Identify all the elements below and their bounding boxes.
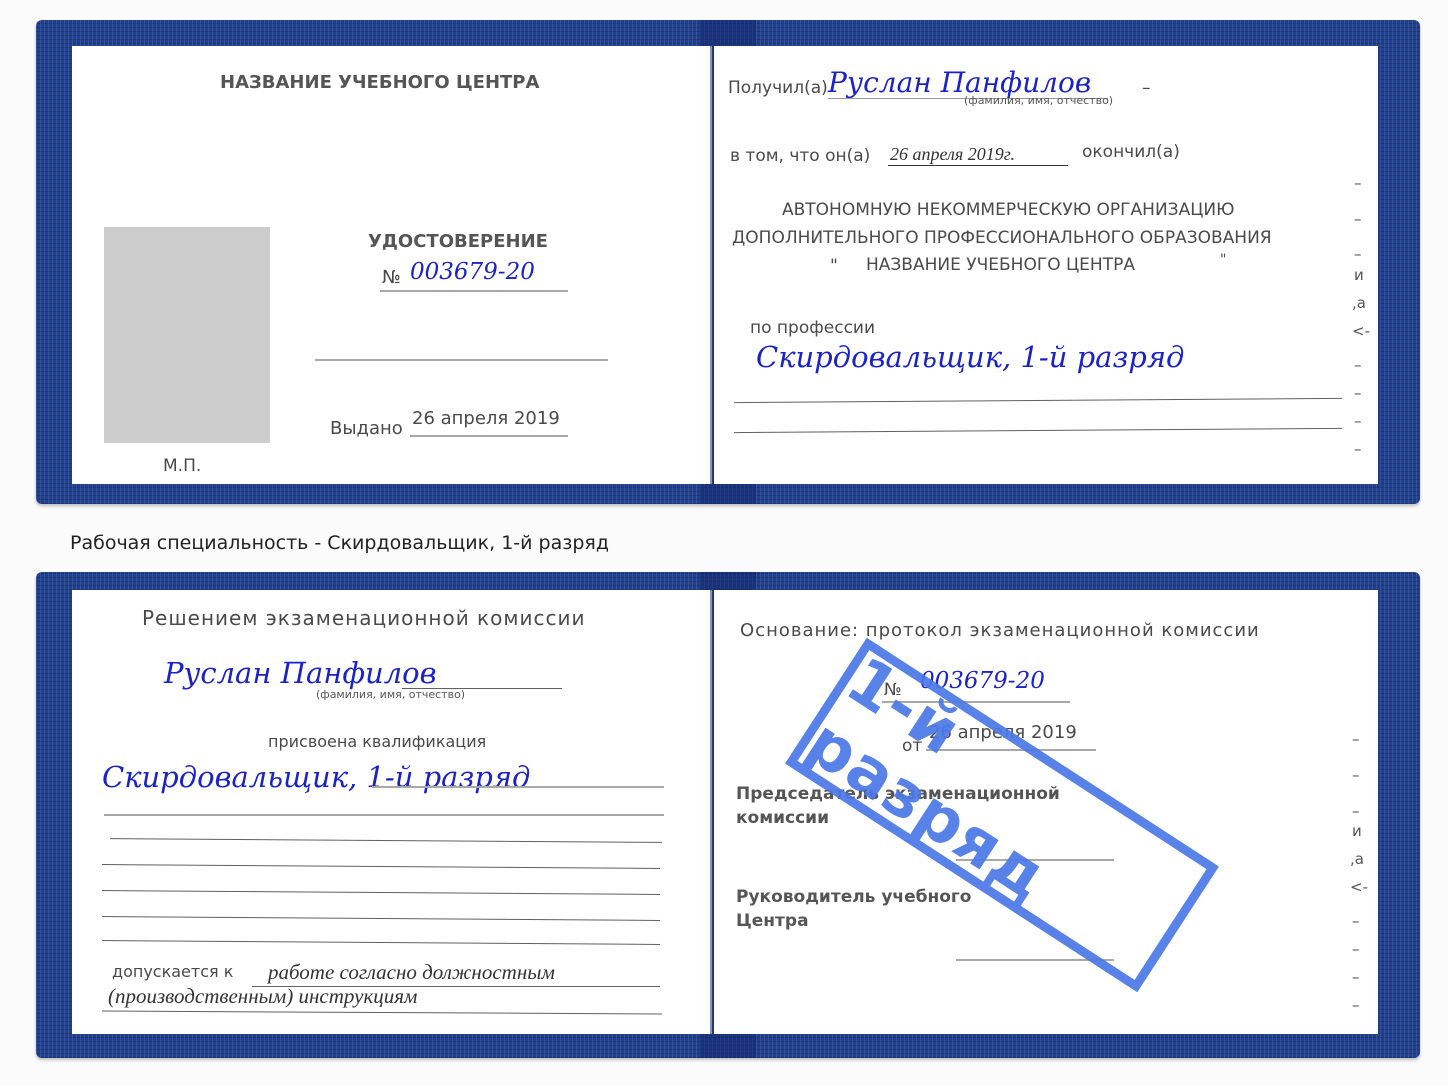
edge-mark: и [1354, 266, 1364, 284]
chairman-label-2: комиссии [736, 808, 829, 828]
dash: – [1142, 78, 1151, 98]
qualification-line-1 [372, 786, 664, 788]
blank-line [102, 864, 660, 869]
fio-hint: (фамилия, имя, отчество) [316, 688, 465, 701]
number-underline [380, 290, 568, 292]
edge-mark: <- [1352, 322, 1370, 340]
profession-line-2 [734, 428, 1342, 433]
blank-line [102, 940, 660, 945]
edge-mark: ,а [1350, 850, 1364, 868]
certificate-left-page: НАЗВАНИЕ УЧЕБНОГО ЦЕНТРА М.П. УДОСТОВЕРЕ… [72, 46, 712, 484]
received-label: Получил(а) [728, 78, 828, 98]
certificate-inner-left-page: Решением экзаменационной комиссии Руслан… [72, 590, 712, 1034]
edge-mark: – [1354, 384, 1362, 402]
edge-mark: – [1354, 440, 1362, 458]
stamp-place-label: М.П. [163, 456, 201, 476]
number-sign: № [382, 267, 401, 288]
finished-label: окончил(а) [1082, 142, 1180, 162]
edge-mark: – [1352, 802, 1360, 820]
basis-title: Основание: протокол экзаменационной коми… [740, 620, 1260, 641]
org-quote-open: " [830, 256, 838, 276]
edge-mark: – [1352, 996, 1360, 1014]
qualification-value: Скирдовальщик, 1-й разряд [102, 760, 530, 794]
blank-line [102, 916, 660, 921]
fio-hint: (фамилия, имя, отчество) [964, 94, 1113, 107]
training-center-name: НАЗВАНИЕ УЧЕБНОГО ЦЕНТРА [220, 72, 539, 93]
profession-line-1 [734, 398, 1342, 403]
completion-underline [888, 165, 1068, 166]
qualification-line-2 [104, 814, 664, 816]
head-label-1: Руководитель учебного [736, 887, 971, 907]
issued-underline [410, 435, 568, 437]
profession-label: по профессии [750, 318, 875, 338]
edge-mark: – [1352, 940, 1360, 958]
graduate-name: Руслан Панфилов [164, 656, 437, 690]
edge-mark: и [1352, 822, 1362, 840]
blank-line [110, 838, 662, 843]
certificate-right-page: Получил(а) Руслан Панфилов (фамилия, имя… [714, 46, 1378, 484]
completion-date: 26 апреля 2019г. [890, 144, 1015, 165]
qualification-label: присвоена квалификация [268, 732, 486, 751]
org-line-3: НАЗВАНИЕ УЧЕБНОГО ЦЕНТРА [866, 255, 1135, 275]
admitted-text-1: работе согласно должностным [268, 960, 555, 985]
page-fold [710, 590, 712, 1034]
certificate-number: 003679-20 [410, 259, 535, 285]
edge-mark: – [1354, 210, 1362, 228]
issued-label: Выдано [330, 418, 403, 439]
edge-mark: – [1352, 968, 1360, 986]
edge-mark: – [1352, 766, 1360, 784]
blank-line [102, 890, 660, 895]
edge-mark: – [1354, 174, 1362, 192]
specialty-caption: Рабочая специальность - Скирдовальщик, 1… [70, 532, 609, 554]
org-line-1: АВТОНОМНУЮ НЕКОММЕРЧЕСКУЮ ОРГАНИЗАЦИЮ [782, 200, 1234, 220]
edge-mark: – [1352, 912, 1360, 930]
that-label: в том, что он(а) [730, 146, 870, 166]
edge-mark: ,а [1352, 294, 1366, 312]
page-fold [710, 46, 712, 484]
issued-date: 26 апреля 2019 [412, 408, 560, 429]
photo-placeholder [104, 227, 270, 443]
edge-mark: – [1352, 730, 1360, 748]
blank-line [315, 359, 608, 361]
profession-value: Скирдовальщик, 1-й разряд [756, 340, 1184, 374]
decision-title: Решением экзаменационной комиссии [142, 606, 585, 630]
edge-mark: <- [1350, 878, 1368, 896]
edge-mark: – [1354, 356, 1362, 374]
head-label-2: Центра [736, 911, 809, 931]
org-quote-close: " [1220, 252, 1226, 268]
org-line-2: ДОПОЛНИТЕЛЬНОГО ПРОФЕССИОНАЛЬНОГО ОБРАЗО… [732, 228, 1272, 248]
admitted-underline-2 [102, 1011, 662, 1015]
edge-mark: – [1354, 412, 1362, 430]
admitted-label: допускается к [112, 962, 233, 981]
document-title: УДОСТОВЕРЕНИЕ [368, 231, 548, 252]
admitted-text-2: (производственным) инструкциям [108, 984, 417, 1009]
edge-mark: – [1354, 245, 1362, 263]
